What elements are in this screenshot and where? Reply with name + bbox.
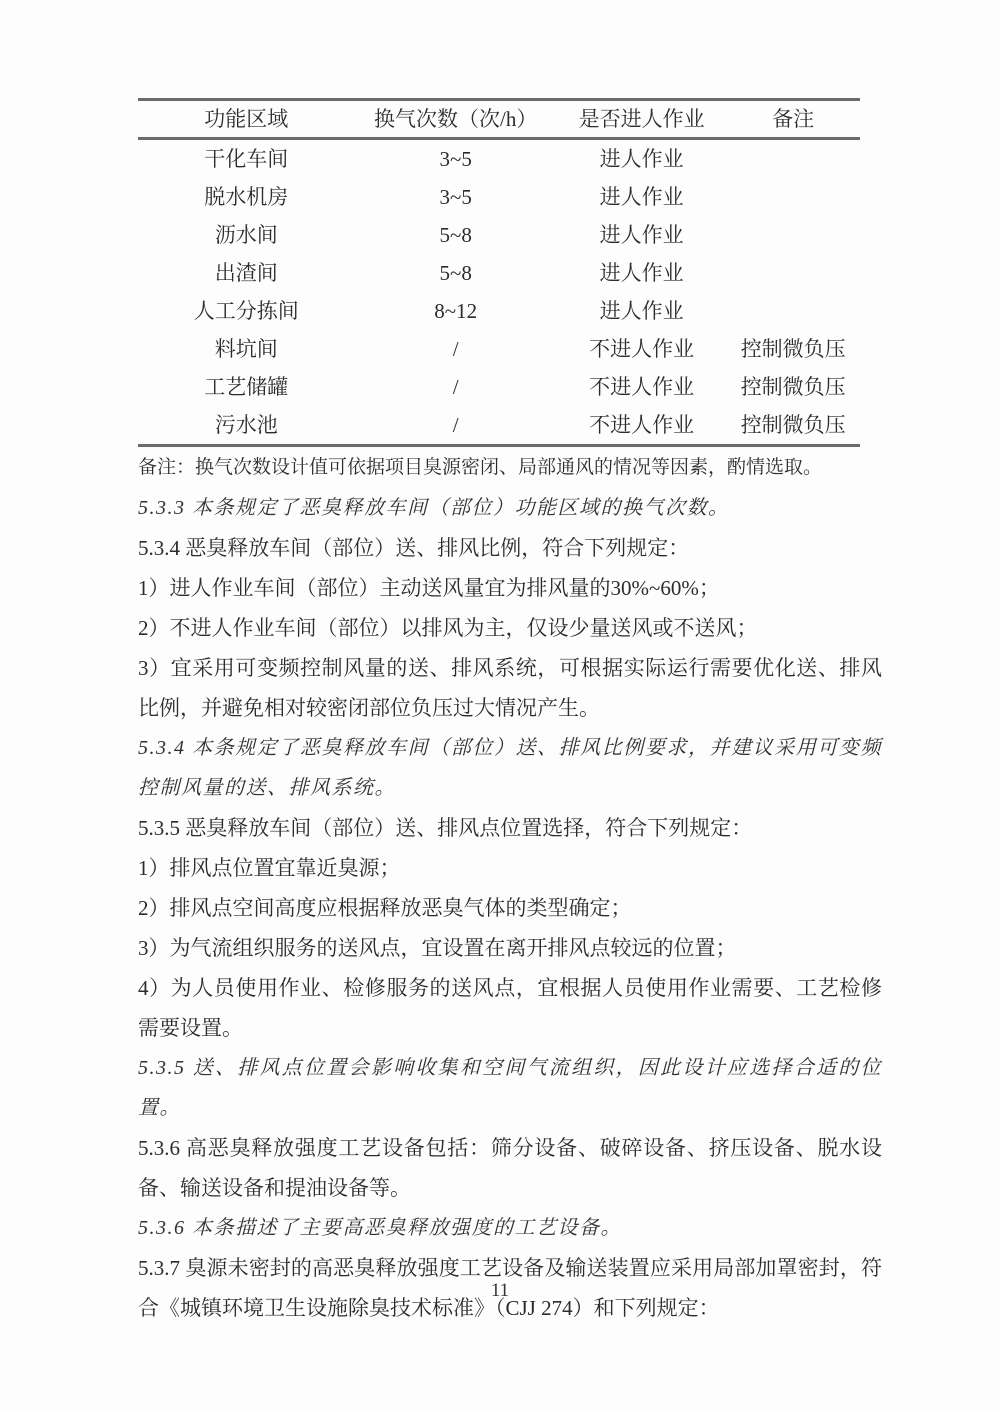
table-cell-zone: 沥水间 — [138, 225, 355, 246]
table-cell-rate: / — [355, 415, 557, 436]
table-cell-remark: 控制微负压 — [726, 339, 860, 360]
table-cell-remark: 控制微负压 — [726, 377, 860, 398]
para-clause-5-3-6: 5.3.6 高恶臭释放强度工艺设备包括：筛分设备、破碎设备、挤压设备、脱水设备、… — [138, 1128, 882, 1208]
table-cell-occupancy: 不进人作业 — [557, 415, 727, 436]
table-cell-zone: 料坑间 — [138, 339, 355, 360]
table-row: 脱水机房 3~5 进人作业 — [138, 178, 860, 216]
table-row: 工艺储罐 / 不进人作业 控制微负压 — [138, 368, 860, 406]
table-cell-occupancy: 不进人作业 — [557, 339, 727, 360]
table-cell-rate: 3~5 — [355, 149, 557, 170]
table-row: 料坑间 / 不进人作业 控制微负压 — [138, 330, 860, 368]
table-cell-rate: / — [355, 339, 557, 360]
table-header-row: 功能区域 换气次数（次/h） 是否进人作业 备注 — [138, 101, 860, 140]
ventilation-rate-table: 功能区域 换气次数（次/h） 是否进人作业 备注 干化车间 3~5 进人作业 脱… — [138, 98, 860, 447]
document-page: 功能区域 换气次数（次/h） 是否进人作业 备注 干化车间 3~5 进人作业 脱… — [0, 0, 1000, 1412]
table-row: 人工分拣间 8~12 进人作业 — [138, 292, 860, 330]
para-item-1: 1）进人作业车间（部位）主动送风量宜为排风量的30%~60%； — [138, 568, 882, 608]
table-cell-occupancy: 不进人作业 — [557, 377, 727, 398]
table-cell-zone: 污水池 — [138, 415, 355, 436]
page-content: 功能区域 换气次数（次/h） 是否进人作业 备注 干化车间 3~5 进人作业 脱… — [138, 98, 882, 1328]
table-header-occupancy: 是否进人作业 — [557, 109, 727, 130]
table-cell-occupancy: 进人作业 — [557, 187, 727, 208]
table-row: 污水池 / 不进人作业 控制微负压 — [138, 406, 860, 444]
para-item-4: 4）为人员使用作业、检修服务的送风点，宜根据人员使用作业需要、工艺检修需要设置。 — [138, 968, 882, 1048]
table-cell-rate: / — [355, 377, 557, 398]
table-cell-zone: 出渣间 — [138, 263, 355, 284]
para-commentary-5-3-3: 5.3.3 本条规定了恶臭释放车间（部位）功能区域的换气次数。 — [138, 488, 882, 528]
table-cell-occupancy: 进人作业 — [557, 225, 727, 246]
para-commentary-5-3-4: 5.3.4 本条规定了恶臭释放车间（部位）送、排风比例要求，并建议采用可变频控制… — [138, 728, 882, 808]
para-item-3: 3）宜采用可变频控制风量的送、排风系统，可根据实际运行需要优化送、排风比例，并避… — [138, 648, 882, 728]
table-cell-zone: 脱水机房 — [138, 187, 355, 208]
table-cell-rate: 5~8 — [355, 225, 557, 246]
table-header-rate: 换气次数（次/h） — [355, 109, 557, 130]
para-item-1: 1）排风点位置宜靠近臭源； — [138, 848, 882, 888]
table-cell-occupancy: 进人作业 — [557, 263, 727, 284]
para-clause-5-3-5: 5.3.5 恶臭释放车间（部位）送、排风点位置选择，符合下列规定： — [138, 808, 882, 848]
table-row: 干化车间 3~5 进人作业 — [138, 140, 860, 178]
table-row: 沥水间 5~8 进人作业 — [138, 216, 860, 254]
table-cell-rate: 5~8 — [355, 263, 557, 284]
table-header-remark: 备注 — [726, 109, 860, 130]
table-cell-remark: 控制微负压 — [726, 415, 860, 436]
table-cell-occupancy: 进人作业 — [557, 301, 727, 322]
para-item-2: 2）不进人作业车间（部位）以排风为主，仅设少量送风或不送风； — [138, 608, 882, 648]
table-row: 出渣间 5~8 进人作业 — [138, 254, 860, 292]
para-clause-5-3-4: 5.3.4 恶臭释放车间（部位）送、排风比例，符合下列规定： — [138, 528, 882, 568]
table-cell-zone: 工艺储罐 — [138, 377, 355, 398]
table-footnote: 备注：换气次数设计值可依据项目臭源密闭、局部通风的情况等因素，酌情选取。 — [138, 452, 882, 484]
table-cell-zone: 干化车间 — [138, 149, 355, 170]
table-cell-occupancy: 进人作业 — [557, 149, 727, 170]
table-cell-rate: 8~12 — [355, 301, 557, 322]
para-item-2: 2）排风点空间高度应根据释放恶臭气体的类型确定； — [138, 888, 882, 928]
para-commentary-5-3-5: 5.3.5 送、排风点位置会影响收集和空间气流组织，因此设计应选择合适的位置。 — [138, 1048, 882, 1128]
table-header-zone: 功能区域 — [138, 109, 355, 130]
page-number: 11 — [0, 1280, 1000, 1302]
para-commentary-5-3-6: 5.3.6 本条描述了主要高恶臭释放强度的工艺设备。 — [138, 1208, 882, 1248]
table-cell-zone: 人工分拣间 — [138, 301, 355, 322]
table-cell-rate: 3~5 — [355, 187, 557, 208]
para-item-3: 3）为气流组织服务的送风点，宜设置在离开排风点较远的位置； — [138, 928, 882, 968]
